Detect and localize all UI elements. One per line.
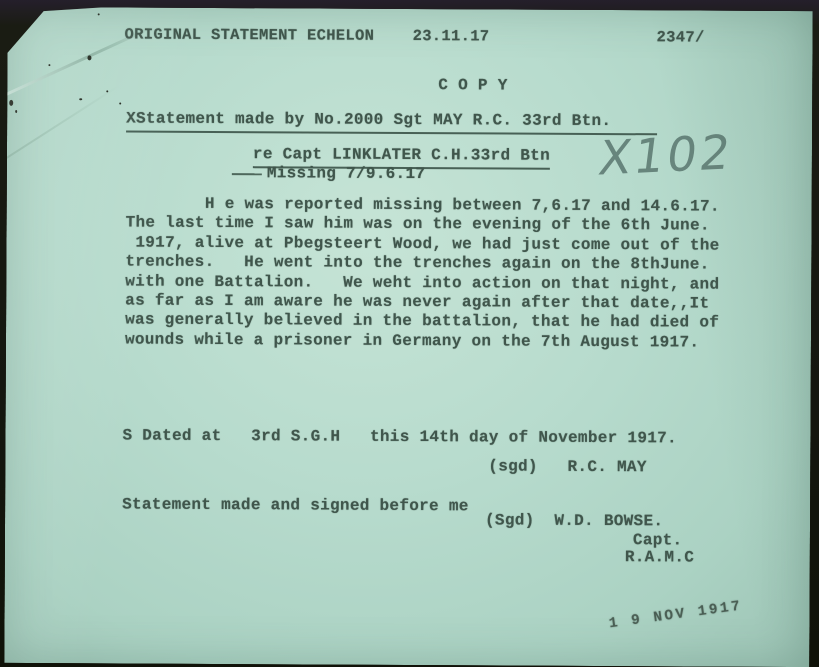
- witness-unit: R.A.M.C: [625, 549, 694, 566]
- paper-speck: [87, 55, 91, 60]
- paper-speck: [98, 13, 100, 15]
- paper-speck: [9, 100, 13, 106]
- paper-speck: [79, 98, 82, 100]
- handwritten-annotation: X102: [595, 125, 736, 187]
- paper-speck: [119, 102, 121, 104]
- witness-signature: (Sgd) W.D. BOWSE.: [485, 512, 663, 530]
- date-received-stamp: 1 9 NOV 1917: [608, 598, 743, 632]
- reference-number: 2347/: [657, 29, 705, 46]
- signature-line: (sgd) R.C. MAY: [488, 458, 647, 476]
- statement-title-line: XStatement made by No.2000 Sgt MAY R.C. …: [126, 111, 657, 136]
- dated-line: S Dated at 3rd S.G.H this 14th day of No…: [122, 428, 677, 448]
- copy-label: C O P Y: [438, 77, 507, 94]
- subject-missing-line: Missing 7/9.6.17: [267, 165, 426, 183]
- body-line: trenches. He went into the trenches agai…: [125, 253, 719, 276]
- paper-crease: [0, 85, 120, 168]
- statement-body: H e was reported missing between 7,6.17 …: [125, 195, 720, 353]
- witness-rank: Capt.: [633, 532, 683, 549]
- witness-statement-line: Statement made and signed before me: [122, 497, 469, 516]
- underline-fragment: [232, 173, 262, 175]
- document-paper: ORIGINAL STATEMENT ECHELON 23.11.17 2347…: [4, 7, 812, 667]
- document-header-line: ORIGINAL STATEMENT ECHELON 23.11.17: [125, 27, 490, 46]
- paper-speck: [106, 90, 108, 92]
- body-line: wounds while a prisoner in Germany on th…: [125, 330, 719, 353]
- paper-speck: [48, 64, 50, 66]
- scan-backdrop: ORIGINAL STATEMENT ECHELON 23.11.17 2347…: [0, 0, 819, 667]
- paper-speck: [15, 110, 17, 113]
